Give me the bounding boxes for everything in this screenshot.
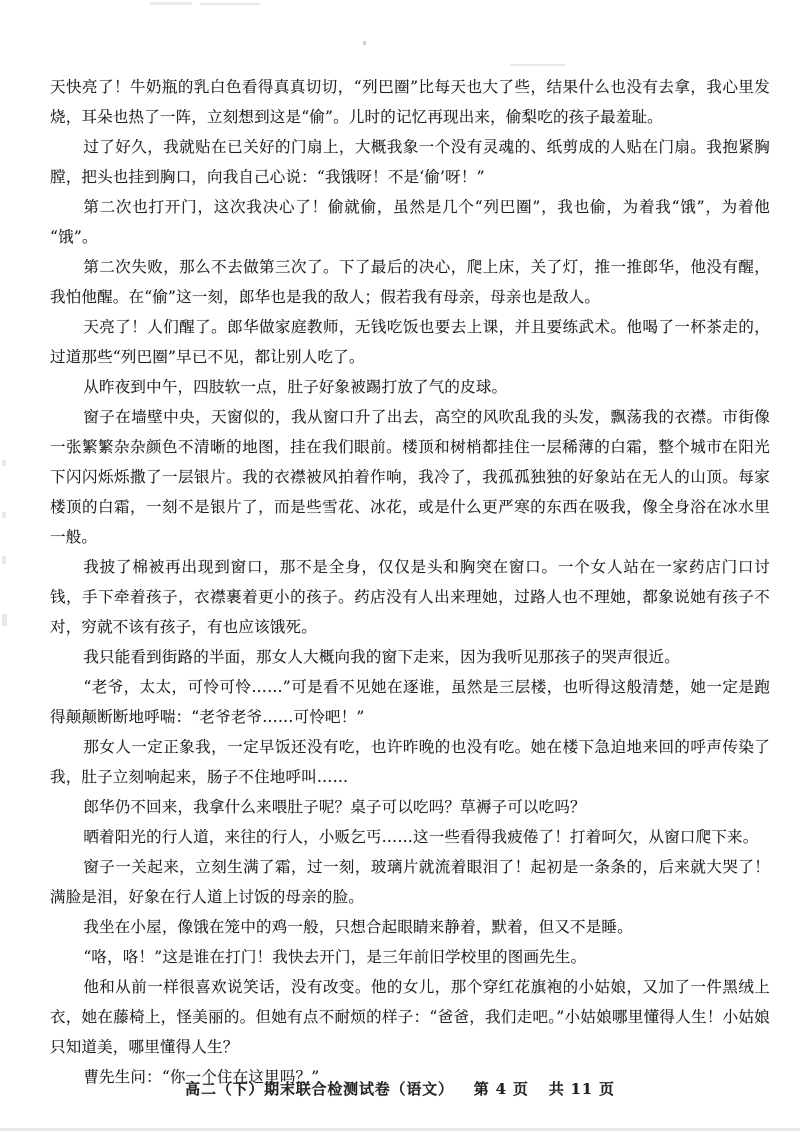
paragraph: “老爷，太太，可怜可怜……”可是看不见她在逐谁，虽然是三层楼，也听得这般清楚，她… bbox=[50, 672, 770, 732]
scan-artifact bbox=[200, 3, 260, 5]
paragraph: 天亮了！人们醒了。郎华做家庭教师，无钱吃饭也要去上课，并且要练武术。他喝了一杯茶… bbox=[50, 312, 770, 372]
footer-exam-title: 高二（下）期末联合检测试卷（语文） bbox=[185, 1080, 454, 1098]
text-body: 天快亮了！牛奶瓶的乳白色看得真真切切，“列巴圈”比每天也大了些，结果什么也没有去… bbox=[50, 72, 770, 1092]
scanned-exam-page: 天快亮了！牛奶瓶的乳白色看得真真切切，“列巴圈”比每天也大了些，结果什么也没有去… bbox=[0, 0, 800, 1132]
scan-artifact bbox=[150, 2, 192, 5]
paragraph: 第二次也打开门，这次我决心了！偷就偷，虽然是几个“列巴圈”，我也偷，为着我“饿”… bbox=[50, 192, 770, 252]
scan-artifact bbox=[510, 64, 565, 66]
scan-artifact bbox=[363, 41, 366, 45]
paragraph: 从昨夜到中午，四肢软一点，肚子好象被踢打放了气的皮球。 bbox=[50, 372, 770, 402]
paragraph: 晒着阳光的行人道，来往的行人，小贩乞丐……这一些看得我疲倦了！打着呵欠，从窗口爬… bbox=[50, 822, 770, 852]
scan-artifact bbox=[2, 556, 6, 564]
paragraph: 第二次失败，那么不去做第三次了。下了最后的决心，爬上床，关了灯，推一推郎华，他没… bbox=[50, 252, 770, 312]
paragraph: 我披了棉被再出现到窗口，那不是全身，仅仅是头和胸突在窗口。一个女人站在一家药店门… bbox=[50, 552, 770, 642]
paragraph: 郎华仍不回来，我拿什么来喂肚子呢？桌子可以吃吗？草褥子可以吃吗？ bbox=[50, 792, 770, 822]
paragraph: 他和从前一样很喜欢说笑话，没有改变。他的女儿，那个穿红花旗袍的小姑娘，又加了一件… bbox=[50, 972, 770, 1062]
paragraph: 过了好久，我就贴在已关好的门扇上，大概我象一个没有灵魂的、纸剪成的人贴在门扇。我… bbox=[50, 132, 770, 192]
scan-artifact bbox=[2, 614, 7, 626]
paragraph: “咯，咯！”这是谁在打门！我快去开门，是三年前旧学校里的图画先生。 bbox=[50, 942, 770, 972]
paragraph: 窗子一关起来，立刻生满了霜，过一刻，玻璃片就流着眼泪了！起初是一条条的，后来就大… bbox=[50, 852, 770, 912]
scan-artifact bbox=[2, 512, 6, 518]
paragraph: 那女人一定正象我，一定早饭还没有吃，也许昨晚的也没有吃。她在楼下急迫地来回的呼声… bbox=[50, 732, 770, 792]
paragraph: 我只能看到街路的半面，那女人大概向我的窗下走来，因为我听见那孩子的哭声很近。 bbox=[50, 642, 770, 672]
paragraph: 窗子在墙壁中央，天窗似的，我从窗口升了出去，高空的风吹乱我的头发，飘荡我的衣襟。… bbox=[50, 402, 770, 552]
page-footer: 高二（下）期末联合检测试卷（语文） 第 4 页 共 11 页 bbox=[0, 1078, 800, 1099]
paragraph: 天快亮了！牛奶瓶的乳白色看得真真切切，“列巴圈”比每天也大了些，结果什么也没有去… bbox=[50, 72, 770, 132]
paragraph: 我坐在小屋，像饿在笼中的鸡一般，只想合起眼睛来静着，默着，但又不是睡。 bbox=[50, 912, 770, 942]
scan-edge-shadow bbox=[0, 1128, 800, 1131]
footer-page-number: 第 4 页 bbox=[474, 1080, 529, 1098]
scan-artifact bbox=[2, 460, 6, 466]
footer-total-pages: 共 11 页 bbox=[549, 1080, 615, 1098]
